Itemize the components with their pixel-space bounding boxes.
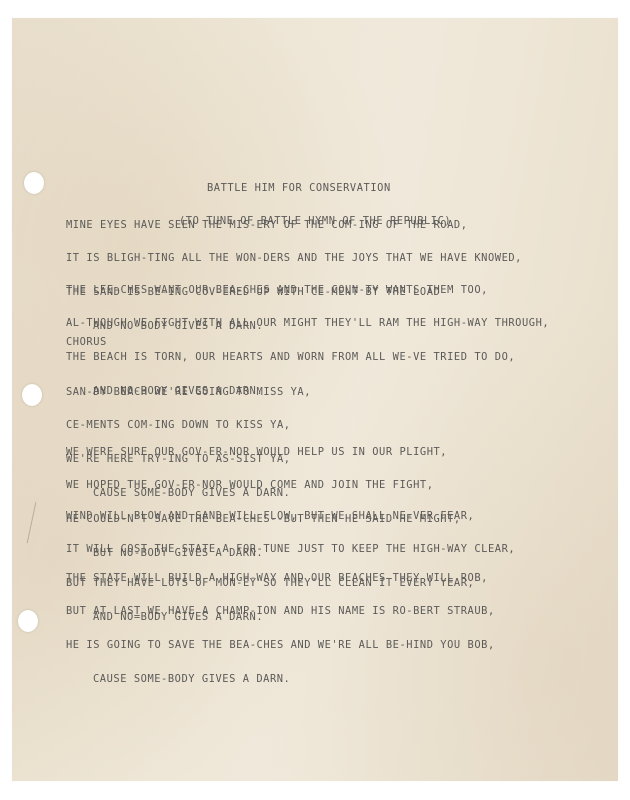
lyric-line: SAN-DY BEACH WE'RE GOING TO MISS YA, bbox=[66, 387, 311, 398]
chorus-heading: CHORUS bbox=[66, 337, 107, 348]
punch-hole bbox=[22, 384, 42, 406]
stanza-5: THE STATE WILL BUILD A HIGH-WAY AND OUR … bbox=[66, 550, 495, 708]
punch-hole bbox=[18, 610, 38, 632]
punch-hole bbox=[24, 172, 44, 194]
typewritten-page: BATTLE HIM FOR CONSERVATION (TO TUNE OF … bbox=[12, 18, 618, 781]
lyric-line: HE IS GOING TO SAVE THE BEA-CHES AND WE'… bbox=[66, 640, 495, 651]
lyric-line: WE WERE SURE OUR GOV-ER-NOR WOULD HELP U… bbox=[66, 447, 461, 458]
refrain-line: CAUSE SOME-BODY GIVES A DARN. bbox=[66, 674, 495, 685]
lyric-line: THE LEE-CHES WANT OUR BEA-CHES AND THE C… bbox=[66, 285, 549, 296]
document-title: BATTLE HIM FOR CONSERVATION bbox=[207, 183, 451, 194]
lyric-line: THE STATE WILL BUILD A HIGH-WAY AND OUR … bbox=[66, 573, 495, 584]
lyric-line: THE BEACH IS TORN, OUR HEARTS AND WORN F… bbox=[66, 352, 549, 363]
lyric-line: MINE EYES HAVE SEEN THE MIS-ERY OF THE C… bbox=[66, 220, 522, 231]
paper-crease bbox=[27, 502, 41, 544]
lyric-line: AL-THOUGH WE FIGHT WITH ALL OUR MIGHT TH… bbox=[66, 318, 549, 329]
lyric-line: BUT AT LAST WE HAVE A CHAMP-ION AND HIS … bbox=[66, 606, 495, 617]
lyric-line: WIND WILL BLOW AND SAND WILL FLOW, BUT W… bbox=[66, 511, 515, 522]
